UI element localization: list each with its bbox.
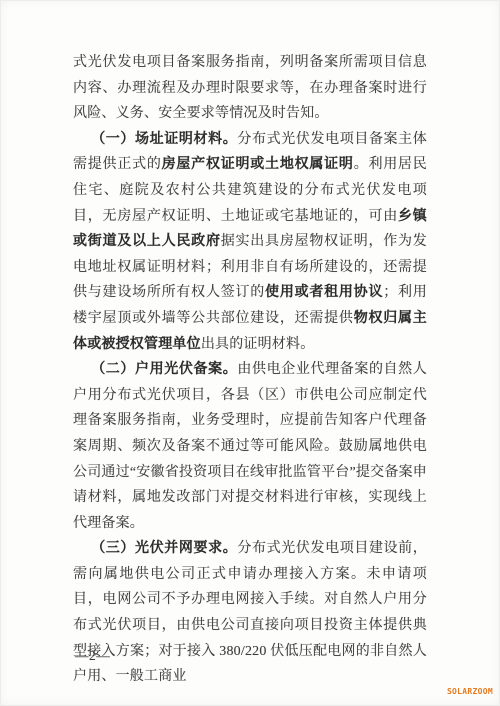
document-page: 式光伏发电项目备案服务指南，列明备案所需项目信息内容、办理流程及办理时限要求等，… xyxy=(0,0,500,706)
bold-text-run: （一）场址证明材料。 xyxy=(91,132,237,147)
paragraph: （三）光伏并网要求。分布式光伏发电项目建设前，需向属地供电公司正式申请办理接入方… xyxy=(73,536,427,690)
bold-text-run: 使用或者租用协议 xyxy=(265,285,383,300)
page-number: —2— xyxy=(75,648,110,664)
bold-text-run: （三）光伏并网要求。 xyxy=(91,541,237,556)
paragraph: （一）场址证明材料。分布式光伏发电项目备案主体需提供正式的房屋产权证明或土地权属… xyxy=(73,127,427,357)
text-run: 分布式光伏发电项目建设前，需向属地供电公司正式申请办理接入方案。未申请项目，电网… xyxy=(73,541,427,684)
paragraph: （二）户用光伏备案。由供电企业代理备案的自然人户用分布式光伏项目，各县（区）市供… xyxy=(73,357,427,536)
paragraph: 式光伏发电项目备案服务指南，列明备案所需项目信息内容、办理流程及办理时限要求等，… xyxy=(73,50,427,127)
text-run: 由供电企业代理备案的自然人户用分布式光伏项目，各县（区）市供电公司应制定代理备案… xyxy=(73,362,427,531)
bold-text-run: （二）户用光伏备案。 xyxy=(91,362,237,377)
document-body: 式光伏发电项目备案服务指南，列明备案所需项目信息内容、办理流程及办理时限要求等，… xyxy=(73,50,427,690)
text-run: 式光伏发电项目备案服务指南，列明备案所需项目信息内容、办理流程及办理时限要求等，… xyxy=(73,55,427,121)
bold-text-run: 房屋产权证明或土地权属证明 xyxy=(162,157,354,172)
text-run: 出具的证明材料。 xyxy=(201,337,315,352)
watermark-solarzoom: SOLARZOOM xyxy=(447,687,493,696)
